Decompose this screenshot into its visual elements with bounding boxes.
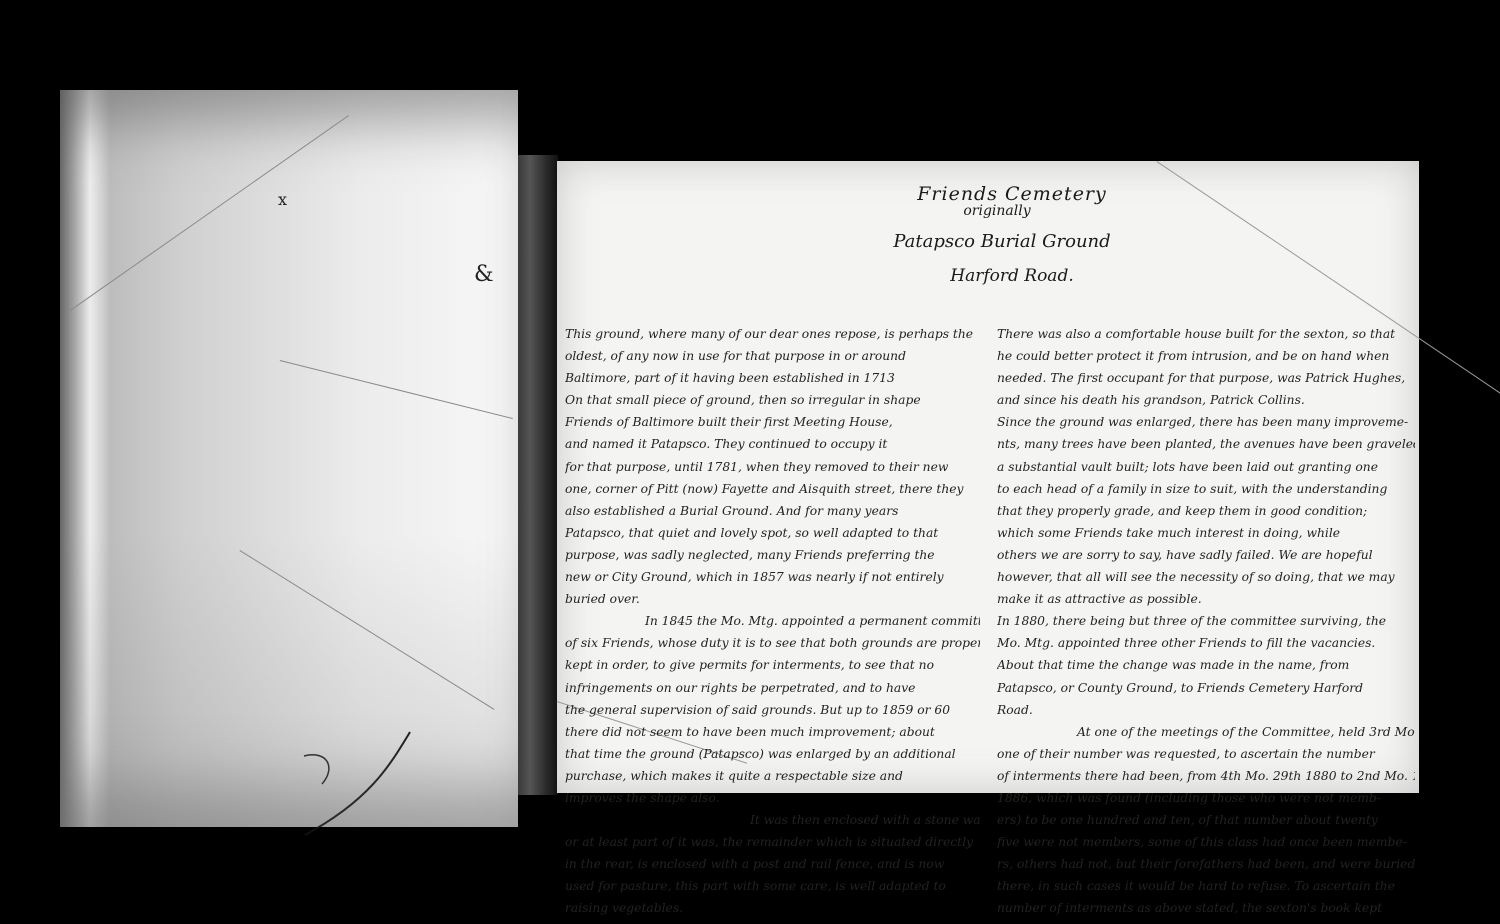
text-line: raising vegetables. [565, 897, 980, 919]
curl-stroke-icon [300, 750, 340, 790]
text-line: five were not members, some of this clas… [997, 831, 1415, 853]
text-line: On that small piece of ground, then so i… [565, 389, 980, 411]
text-line: oldest, of any now in use for that purpo… [565, 345, 980, 367]
text-line: one, corner of Pitt (now) Fayette and Ai… [565, 478, 980, 500]
text-line: the general supervision of said grounds.… [565, 699, 980, 721]
text-line: needed. The first occupant for that purp… [997, 367, 1415, 389]
text-line: In 1880, there being but three of the co… [997, 610, 1415, 632]
text-line: Friends of Baltimore built their first M… [565, 411, 980, 433]
text-line: one of their number was requested, to as… [997, 743, 1415, 765]
text-line: however, that all will see the necessity… [997, 566, 1415, 588]
text-line: and named it Patapsco. They continued to… [565, 433, 980, 455]
heading-title: Friends Cemetery [887, 183, 1137, 205]
text-line: 1886, which was found (including those w… [997, 787, 1415, 809]
heading-original-name: Patapsco Burial Ground [867, 231, 1137, 252]
text-line: Patapsco, or County Ground, to Friends C… [997, 677, 1415, 699]
text-line: Baltimore, part of it having been establ… [565, 367, 980, 389]
text-line: in the rear, is enclosed with a post and… [565, 853, 980, 875]
text-line: At one of the meetings of the Committee,… [997, 721, 1415, 743]
text-line: ers) to be one hundred and ten, of that … [997, 809, 1415, 831]
fold-line [70, 115, 349, 311]
text-line: used for pasture, this part with some ca… [565, 875, 980, 897]
fold-line [280, 360, 513, 419]
text-line: make it as attractive as possible. [997, 588, 1415, 610]
text-line: that time the ground (Patapsco) was enla… [565, 743, 980, 765]
fold-line [239, 550, 494, 710]
page-heading: Friends Cemetery originally Patapsco Bur… [887, 183, 1137, 286]
book-spine [518, 155, 558, 795]
text-line: for that purpose, until 1781, when they … [565, 456, 980, 478]
heading-subtitle: originally [857, 203, 1137, 219]
text-line: Since the ground was enlarged, there has… [997, 411, 1415, 433]
text-line: he could better protect it from intrusio… [997, 345, 1415, 367]
text-column-right: There was also a comfortable house built… [997, 323, 1415, 920]
left-page-blank: x & [60, 90, 518, 827]
text-line: and since his death his grandson, Patric… [997, 389, 1415, 411]
text-line: there did not seem to have been much imp… [565, 721, 980, 743]
text-line: new or City Ground, which in 1857 was ne… [565, 566, 980, 588]
text-line: there, in such cases it would be hard to… [997, 875, 1415, 897]
text-line: Patapsco, that quiet and lovely spot, so… [565, 522, 980, 544]
text-line: In 1845 the Mo. Mtg. appointed a permane… [565, 610, 980, 632]
text-line: buried over. [565, 588, 980, 610]
text-line: of six Friends, whose duty it is to see … [565, 632, 980, 654]
right-page-manuscript: Friends Cemetery originally Patapsco Bur… [557, 161, 1419, 793]
text-line: purchase, which makes it quite a respect… [565, 765, 980, 787]
text-line: It was then enclosed with a stone wall, [565, 809, 980, 831]
text-line: others we are sorry to say, have sadly f… [997, 544, 1415, 566]
text-line: There was also a comfortable house built… [997, 323, 1415, 345]
text-line: a substantial vault built; lots have bee… [997, 456, 1415, 478]
text-column-left: This ground, where many of our dear ones… [565, 323, 980, 920]
stray-mark: x [278, 190, 287, 209]
stray-mark: & [474, 262, 494, 287]
text-line: infringements on our rights be perpetrat… [565, 677, 980, 699]
text-line: which some Friends take much interest in… [997, 522, 1415, 544]
text-line: to each head of a family in size to suit… [997, 478, 1415, 500]
text-line: that they properly grade, and keep them … [997, 500, 1415, 522]
heading-location: Harford Road. [887, 266, 1137, 286]
text-line: or at least part of it was, the remainde… [565, 831, 980, 853]
text-line: of interments there had been, from 4th M… [997, 765, 1415, 787]
text-line: kept in order, to give permits for inter… [565, 654, 980, 676]
text-line: This ground, where many of our dear ones… [565, 323, 980, 345]
text-line: number of interments as above stated, th… [997, 897, 1415, 919]
pen-stroke-icon [300, 730, 420, 840]
text-line: nts, many trees have been planted, the a… [997, 433, 1415, 455]
text-line: rs, others had not, but their forefather… [997, 853, 1415, 875]
text-line: Road. [997, 699, 1415, 721]
text-line: Mo. Mtg. appointed three other Friends t… [997, 632, 1415, 654]
text-line: also established a Burial Ground. And fo… [565, 500, 980, 522]
text-line: purpose, was sadly neglected, many Frien… [565, 544, 980, 566]
text-line: improves the shape also. [565, 787, 980, 809]
text-line: About that time the change was made in t… [997, 654, 1415, 676]
